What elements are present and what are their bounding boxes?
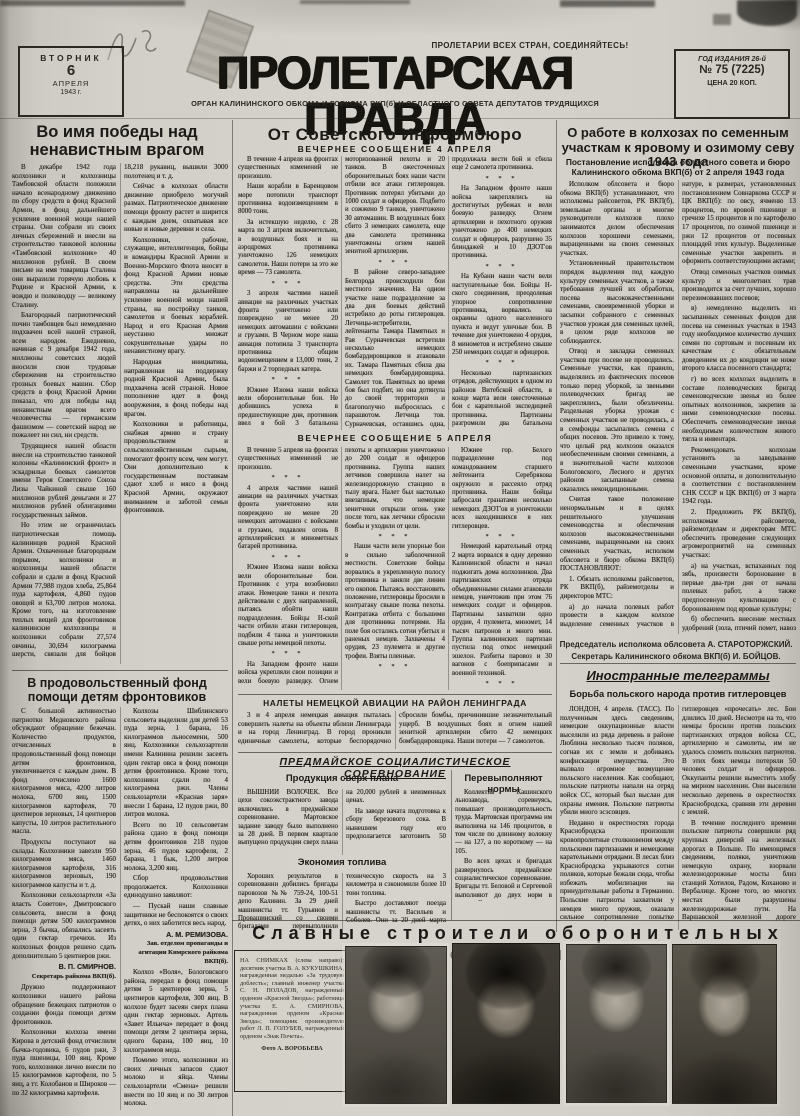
signature-starotorzhsky: Председатель исполкома облсовета А. СТАР… xyxy=(556,640,796,649)
paragraph: Продукты поступают на склады. Колхозники… xyxy=(12,838,116,890)
date-month: АПРЕЛЯ xyxy=(20,79,122,88)
paragraph: Немецкий карательный отряд 2 марта ворва… xyxy=(452,543,552,678)
header-divider xyxy=(0,118,800,119)
paragraph: ЛОНДОН, 4 апреля. (ТАСС). По полученным … xyxy=(560,705,674,817)
headline-polish-struggle: Борьба польского народа против гитлеровц… xyxy=(560,689,796,699)
paragraph: Наши корабли в Баренцовом море потопили … xyxy=(238,183,338,217)
paragraph: Рекомендовать колхозам установить за зав… xyxy=(682,446,796,506)
paragraph: Сбор продовольствия продолжается. Колхоз… xyxy=(124,874,228,900)
divider-center-right xyxy=(556,120,557,932)
paragraph: Народная инициатива, направленная на под… xyxy=(124,358,228,418)
evening-report-april5-body: В течение 5 апреля на фронтах существенн… xyxy=(238,447,552,690)
paragraph: 2. Предложить РК ВКП(б), исполкомам райс… xyxy=(682,508,796,560)
headline-fuel-economy: Экономия топлива xyxy=(238,857,446,868)
date-year: 1943 г. xyxy=(20,89,122,96)
paragraph: Колхозники колхоза имени Кирова в детски… xyxy=(12,1028,116,1097)
section-separator: * * * xyxy=(452,359,552,367)
portrait-photo-kukushkina xyxy=(345,946,447,1104)
scan-blob-top-right-corner xyxy=(737,0,797,26)
photo-credit: Фото А. ВОРОБЬЕВА xyxy=(240,1045,344,1053)
portrait-photo-golubev xyxy=(672,944,777,1104)
paragraph: В. П. СМИРНОВ. xyxy=(12,963,116,972)
paragraph: Отвод и закладка семенных участков при п… xyxy=(560,347,674,493)
paragraph: За истекшую неделю, с 28 марта по 3 апре… xyxy=(238,219,338,278)
issue-price: ЦЕНА 20 КОП. xyxy=(676,78,788,87)
headline-food-fund: В продовольственный фонд помощи детям фр… xyxy=(8,676,226,704)
paragraph: 3 и 4 апреля немецкая авиация пыталась с… xyxy=(238,711,552,749)
subhead-evening-report-april5: ВЕЧЕРНЕЕ СООБЩЕНИЕ 5 АПРЕЛЯ xyxy=(238,433,552,443)
paragraph: 4 апреля частями нашей авиации на различ… xyxy=(238,485,338,552)
paragraph: В декабре 1942 года колхозники и колхозн… xyxy=(12,163,116,309)
paragraph: Колхозники, рабочие, служащие, интеллиге… xyxy=(124,236,228,356)
paragraph: Благородный патриотический почин тамбовц… xyxy=(12,311,116,440)
headline-victory: Во имя победы над ненавистным врагом xyxy=(8,124,226,159)
section-separator: * * * xyxy=(452,533,552,541)
paragraph: Наши части вели упорные бои в сильно заб… xyxy=(345,543,445,661)
article-leningrad-raids-body: 3 и 4 апреля немецкая авиация пыталась с… xyxy=(238,711,552,749)
section-separator: * * * xyxy=(452,263,552,271)
paragraph: а) на участках, вспаханных под зябь, про… xyxy=(682,562,796,614)
photo-caption-text: НА СНИМКАХ (слева направо): десятник уча… xyxy=(240,957,344,1041)
headline-over-plan: Продукция сверх плана xyxy=(238,773,446,784)
issue-number: № 75 (7225) xyxy=(676,63,788,78)
paragraph: г) во всех колхозах выделить в составе п… xyxy=(682,375,796,444)
paragraph: Исполком облсовета и бюро обкома ВКП(б) … xyxy=(560,180,674,257)
photo-caption-box: НА СНИМКАХ (слева направо): десятник уча… xyxy=(234,950,350,1092)
article-exceed-norms-body: Коллектив Кашинского льнозавода, соревну… xyxy=(455,789,552,901)
article-polish-struggle-body: ЛОНДОН, 4 апреля. (ТАСС). По полученным … xyxy=(560,705,796,930)
evening-report-april4-body: В течение 4 апреля на фронтах существенн… xyxy=(238,156,552,430)
bottom-band-divider xyxy=(232,920,800,921)
issue-edition-year: ГОД ИЗДАНИЯ 26-й xyxy=(676,56,788,63)
paragraph: Помимо этого, колхозники из своих личных… xyxy=(124,1056,228,1108)
paragraph: — Пускай наши славные защитники не беспо… xyxy=(124,902,228,928)
section-separator: * * * xyxy=(452,680,552,688)
paragraph: Южнее Изюма наши войска вели оборонитель… xyxy=(238,564,338,648)
scan-mark-top-right xyxy=(713,14,731,25)
article-over-plan-body: ВЫШНИЙ ВОЛОЧЕК. Все цехи сокоэкстрактног… xyxy=(238,789,446,855)
signature-boytsov: Секретарь Калининского обкома ВКП(б) И. … xyxy=(556,652,796,661)
issue-box: ГОД ИЗДАНИЯ 26-й № 75 (7225) ЦЕНА 20 КОП… xyxy=(674,49,790,119)
section-separator: * * * xyxy=(238,554,338,562)
paragraph: Колхозники и работницы, снабжая армию и … xyxy=(124,420,228,515)
paragraph: Считая такое положение ненормальным и в … xyxy=(560,495,674,572)
section-separator: * * * xyxy=(238,474,338,482)
section-separator: * * * xyxy=(345,663,445,671)
competition-column-divider xyxy=(451,770,452,920)
paragraph: в) немедленно выделить из засыпанных сем… xyxy=(682,304,796,373)
headline-leningrad-raids: НАЛЕТЫ НЕМЕЦКОЙ АВИАЦИИ НА РАЙОН ЛЕНИНГР… xyxy=(238,698,552,708)
scan-smudge-top-mid xyxy=(300,0,410,4)
paragraph: Дружно поддерживают колхозники нашего ра… xyxy=(12,983,116,1026)
paragraph: На Кубани наши части вели наступательные… xyxy=(452,273,552,357)
center-divider-raids xyxy=(238,694,552,695)
paragraph: С большой активностью патриотки Медновск… xyxy=(12,707,116,836)
section-title-foreign-telegrams: Иностранные телеграммы xyxy=(560,668,796,683)
paragraph: Во всех цехах и бригадах развернулось пр… xyxy=(455,858,552,901)
date-day: 6 xyxy=(20,63,122,79)
center-divider-competition xyxy=(238,752,552,753)
paragraph: 1. Обязать исполкомы райсоветов, РК ВКП(… xyxy=(560,575,674,601)
paragraph: 3 апреля частями нашей авиации на различ… xyxy=(238,290,338,374)
paragraph: Колхозники сельхозартели «За власть Сове… xyxy=(12,891,116,960)
paragraph: А. М. РЕМИЗОВА. xyxy=(124,931,228,940)
paragraph: Зав. отделом пропаганды и агитации Кимрс… xyxy=(124,940,228,966)
portrait-photo-poladov xyxy=(452,943,560,1104)
headline-sovinformburo: От Советского Информбюро xyxy=(238,125,552,145)
right-zone-divider xyxy=(560,663,796,664)
subhead-evening-report-april4: ВЕЧЕРНЕЕ СООБЩЕНИЕ 4 АПРЕЛЯ xyxy=(238,144,552,154)
left-zone-divider xyxy=(12,670,228,671)
paragraph: Колхоз «Воля», Бологовского района, пере… xyxy=(124,968,228,1054)
paragraph: Колхозы Шиблинского сельсовета выделили … xyxy=(124,707,228,819)
divider-left-center xyxy=(232,120,233,1116)
paragraph: В течение 5 апреля на фронтах существенн… xyxy=(238,447,338,472)
paragraph: На Западном фронте наши войска закреплял… xyxy=(452,185,552,261)
article-kolkhoz-resolution-body: Исполком облсовета и бюро обкома ВКП(б) … xyxy=(560,180,796,634)
section-separator: * * * xyxy=(238,650,338,658)
paragraph: Секретарь райкома ВКП(б). xyxy=(12,973,116,982)
scan-smudge-top-right-bar xyxy=(560,0,655,7)
article-food-fund-body: С большой активностью патриотки Медновск… xyxy=(12,707,228,1110)
paragraph: Коллектив Кашинского льнозавода, соревну… xyxy=(455,789,552,856)
paragraph: Трудящиеся нашей области внесли на строи… xyxy=(12,442,116,519)
portrait-photo-smirnova xyxy=(566,944,667,1103)
paragraph: Отвод семенных участков озимых культур и… xyxy=(682,268,796,302)
paragraph: Всего по 10 сельсоветам района сдано в ф… xyxy=(124,821,228,873)
paragraph: Установленный правительством порядок выд… xyxy=(560,259,674,345)
section-separator: * * * xyxy=(345,259,445,267)
section-separator: * * * xyxy=(345,533,445,541)
scan-smudge-top-left xyxy=(0,0,185,6)
paragraph: Сейчас в колхозах области движение приоб… xyxy=(124,182,228,234)
section-separator: * * * xyxy=(452,175,552,183)
paragraph: В течение 4 апреля на фронтах существенн… xyxy=(238,156,338,181)
masthead-organ-line: ОРГАН КАЛИНИНСКОГО ОБКОМА И ГОРКОМА ВКП(… xyxy=(126,99,664,108)
subhead-kolkhoz-resolution: Постановление исполкома областного совет… xyxy=(560,157,796,177)
paragraph: Южнее гор. Белого подразделение под кома… xyxy=(452,447,552,531)
date-box: ВТОРНИК 6 АПРЕЛЯ 1943 г. xyxy=(18,46,124,117)
newspaper-page: ВТОРНИК 6 АПРЕЛЯ 1943 г. ПРОЛЕТАРИИ ВСЕХ… xyxy=(0,0,800,1116)
section-separator: * * * xyxy=(238,376,338,384)
section-separator: * * * xyxy=(238,280,338,288)
article-victory-body: В декабре 1942 года колхозники и колхозн… xyxy=(12,163,228,664)
